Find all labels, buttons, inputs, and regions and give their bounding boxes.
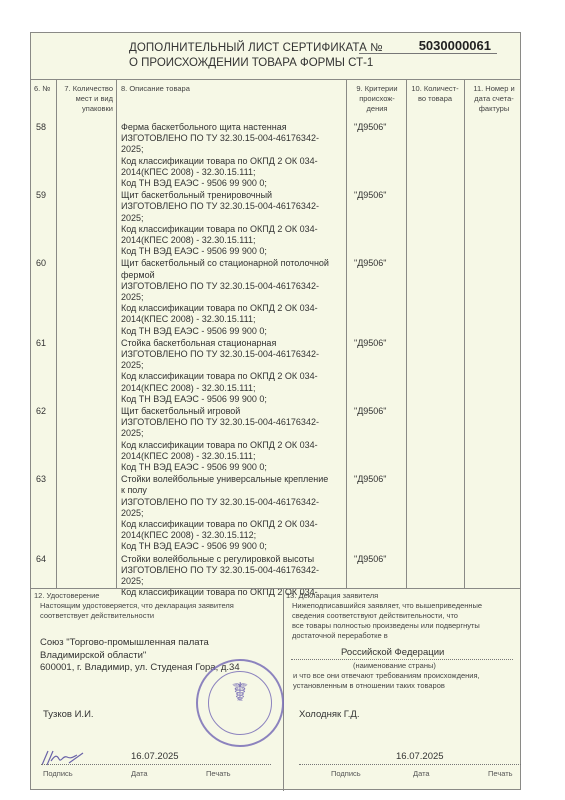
certification-heading: 12. Удостоверение xyxy=(34,591,99,601)
row-number: 62 xyxy=(36,406,46,416)
declaration-box: 13. Декларация заявителя Нижеподписавший… xyxy=(283,589,520,791)
org-line-2: Владимирской области" xyxy=(40,650,240,663)
description-line: Ферма баскетбольного щита настенная xyxy=(121,122,353,133)
column-divider xyxy=(406,79,407,588)
signature-icon xyxy=(39,747,85,769)
column-header: 9. Критерии происхож- дения xyxy=(351,84,403,114)
goods-description: Стойки волейбольные универсальные крепле… xyxy=(121,474,353,552)
description-line: Код ТН ВЭД ЕАЭС - 9506 99 900 0; xyxy=(121,246,353,257)
official-seal: ☤ xyxy=(196,659,284,747)
description-line: 2014(КПЕС 2008) - 32.30.15.111; xyxy=(121,383,353,394)
description-line: Код классификации товара по ОКПД 2 ОК 03… xyxy=(121,519,353,530)
certificate-sheet: ДОПОЛНИТЕЛЬНЫЙ ЛИСТ СЕРТИФИКАТА № О ПРОИ… xyxy=(30,32,521,790)
certification-date: 16.07.2025 xyxy=(131,751,179,762)
description-line: Код классификации товара по ОКПД 2 ОК 03… xyxy=(121,303,353,314)
origin-criterion: "Д9506" xyxy=(354,554,387,564)
description-line: 2025; xyxy=(121,360,353,371)
org-line-1: Союз "Торгово-промышленная палата xyxy=(40,637,240,650)
goods-description: Стойка баскетбольная стационарнаяИЗГОТОВ… xyxy=(121,338,353,405)
declarant-name: Холодняк Г.Д. xyxy=(299,709,359,720)
certification-box: 12. Удостоверение Настоящим удостоверяет… xyxy=(31,589,284,791)
origin-criterion: "Д9506" xyxy=(354,122,387,132)
origin-criterion: "Д9506" xyxy=(354,190,387,200)
column-divider xyxy=(464,79,465,588)
goods-description: Щит баскетбольный тренировочныйИЗГОТОВЛЕ… xyxy=(121,190,353,257)
origin-criterion: "Д9506" xyxy=(354,338,387,348)
description-line: ИЗГОТОВЛЕНО ПО ТУ 32.30.15-004-46176342- xyxy=(121,201,353,212)
column-header: 10. Количест- во товара xyxy=(409,84,461,104)
description-line: Стойки волейбольные универсальные крепле… xyxy=(121,474,353,485)
description-line: ИЗГОТОВЛЕНО ПО ТУ 32.30.15-004-46176342- xyxy=(121,417,353,428)
goods-description: Щит баскетбольный со стационарной потоло… xyxy=(121,258,353,336)
description-line: 2014(КПЕС 2008) - 32.30.15.111; xyxy=(121,235,353,246)
goods-description: Щит баскетбольный игровойИЗГОТОВЛЕНО ПО … xyxy=(121,406,353,473)
caption-signature: Подпись xyxy=(43,769,73,778)
column-divider xyxy=(116,79,117,588)
description-line: Код классификации товара по ОКПД 2 ОК 03… xyxy=(121,156,353,167)
description-line: Щит баскетбольный со стационарной потоло… xyxy=(121,258,353,269)
country-name: Российской Федерации xyxy=(341,647,444,658)
description-line: Код ТН ВЭД ЕАЭС - 9506 99 900 0; xyxy=(121,326,353,337)
caption-signature: Подпись xyxy=(331,769,361,778)
bottom-section: 12. Удостоверение Настоящим удостоверяет… xyxy=(31,588,520,791)
description-line: ИЗГОТОВЛЕНО ПО ТУ 32.30.15-004-46176342- xyxy=(121,565,353,576)
column-divider xyxy=(56,79,57,588)
caption-seal: Печать xyxy=(206,769,231,778)
row-number: 64 xyxy=(36,554,46,564)
description-line: ИЗГОТОВЛЕНО ПО ТУ 32.30.15-004-46176342- xyxy=(121,281,353,292)
row-number: 61 xyxy=(36,338,46,348)
origin-criterion: "Д9506" xyxy=(354,406,387,416)
description-line: Код ТН ВЭД ЕАЭС - 9506 99 900 0; xyxy=(121,178,353,189)
caption-date: Дата xyxy=(131,769,148,778)
certifier-name: Тузков И.И. xyxy=(43,709,94,720)
description-line: Код ТН ВЭД ЕАЭС - 9506 99 900 0; xyxy=(121,462,353,473)
row-number: 63 xyxy=(36,474,46,484)
certification-text: Настоящим удостоверяется, что декларация… xyxy=(40,601,234,621)
declaration-date: 16.07.2025 xyxy=(396,751,444,762)
description-line: 2025; xyxy=(121,213,353,224)
description-line: Щит баскетбольный тренировочный xyxy=(121,190,353,201)
title-line-2: О ПРОИСХОЖДЕНИИ ТОВАРА ФОРМЫ СТ-1 xyxy=(129,57,373,69)
description-line: 2025; xyxy=(121,428,353,439)
caption-date: Дата xyxy=(413,769,430,778)
description-line: фермой xyxy=(121,270,353,281)
description-line: 2025; xyxy=(121,292,353,303)
description-line: ИЗГОТОВЛЕНО ПО ТУ 32.30.15-004-46176342- xyxy=(121,497,353,508)
description-line: Стойка баскетбольная стационарная xyxy=(121,338,353,349)
description-line: Код классификации товара по ОКПД 2 ОК 03… xyxy=(121,224,353,235)
column-header: 8. Описание товара xyxy=(121,84,341,94)
column-header: 7. Количество мест и вид упаковки xyxy=(61,84,113,114)
row-number: 59 xyxy=(36,190,46,200)
certificate-number: 5030000061 xyxy=(359,38,497,54)
goods-description: Ферма баскетбольного щита настеннаяИЗГОТ… xyxy=(121,122,353,189)
description-line: ИЗГОТОВЛЕНО ПО ТУ 32.30.15-004-46176342- xyxy=(121,349,353,360)
description-line: ИЗГОТОВЛЕНО ПО ТУ 32.30.15-004-46176342- xyxy=(121,133,353,144)
description-line: 2014(КПЕС 2008) - 32.30.15.111; xyxy=(121,451,353,462)
origin-criterion: "Д9506" xyxy=(354,474,387,484)
description-line: 2014(КПЕС 2008) - 32.30.15.112; xyxy=(121,530,353,541)
description-line: к полу xyxy=(121,485,353,496)
caduceus-icon: ☤ xyxy=(198,677,282,708)
declaration-heading: 13. Декларация заявителя xyxy=(286,591,378,601)
description-line: Код классификации товара по ОКПД 2 ОК 03… xyxy=(121,440,353,451)
description-line: Стойки волейбольные с регулировкой высот… xyxy=(121,554,353,565)
description-line: Код ТН ВЭД ЕАЭС - 9506 99 900 0; xyxy=(121,394,353,405)
description-line: 2025; xyxy=(121,144,353,155)
description-line: 2025; xyxy=(121,576,353,587)
description-line: Код ТН ВЭД ЕАЭС - 9506 99 900 0; xyxy=(121,541,353,552)
row-number: 58 xyxy=(36,122,46,132)
description-line: 2014(КПЕС 2008) - 32.30.15.111; xyxy=(121,314,353,325)
description-line: Код классификации товара по ОКПД 2 ОК 03… xyxy=(121,371,353,382)
issuer-organization: Союз "Торгово-промышленная палата Владим… xyxy=(40,637,240,675)
row-number: 60 xyxy=(36,258,46,268)
column-header: 6. № xyxy=(34,84,56,94)
description-line: Щит баскетбольный игровой xyxy=(121,406,353,417)
country-caption: (наименование страны) xyxy=(353,661,436,671)
origin-criterion: "Д9506" xyxy=(354,258,387,268)
column-header: 11. Номер и дата счета- фактуры xyxy=(468,84,520,114)
description-line: 2014(КПЕС 2008) - 32.30.15.111; xyxy=(121,167,353,178)
title-line-1: ДОПОЛНИТЕЛЬНЫЙ ЛИСТ СЕРТИФИКАТА № xyxy=(129,42,383,54)
declaration-text-2: и что все они отвечают требованиям проис… xyxy=(293,671,480,691)
description-line: 2025; xyxy=(121,508,353,519)
caption-seal: Печать xyxy=(488,769,513,778)
declaration-text: Нижеподписавшийся заявляет, что вышеприв… xyxy=(292,601,482,641)
title-block: ДОПОЛНИТЕЛЬНЫЙ ЛИСТ СЕРТИФИКАТА № О ПРОИ… xyxy=(31,33,520,80)
